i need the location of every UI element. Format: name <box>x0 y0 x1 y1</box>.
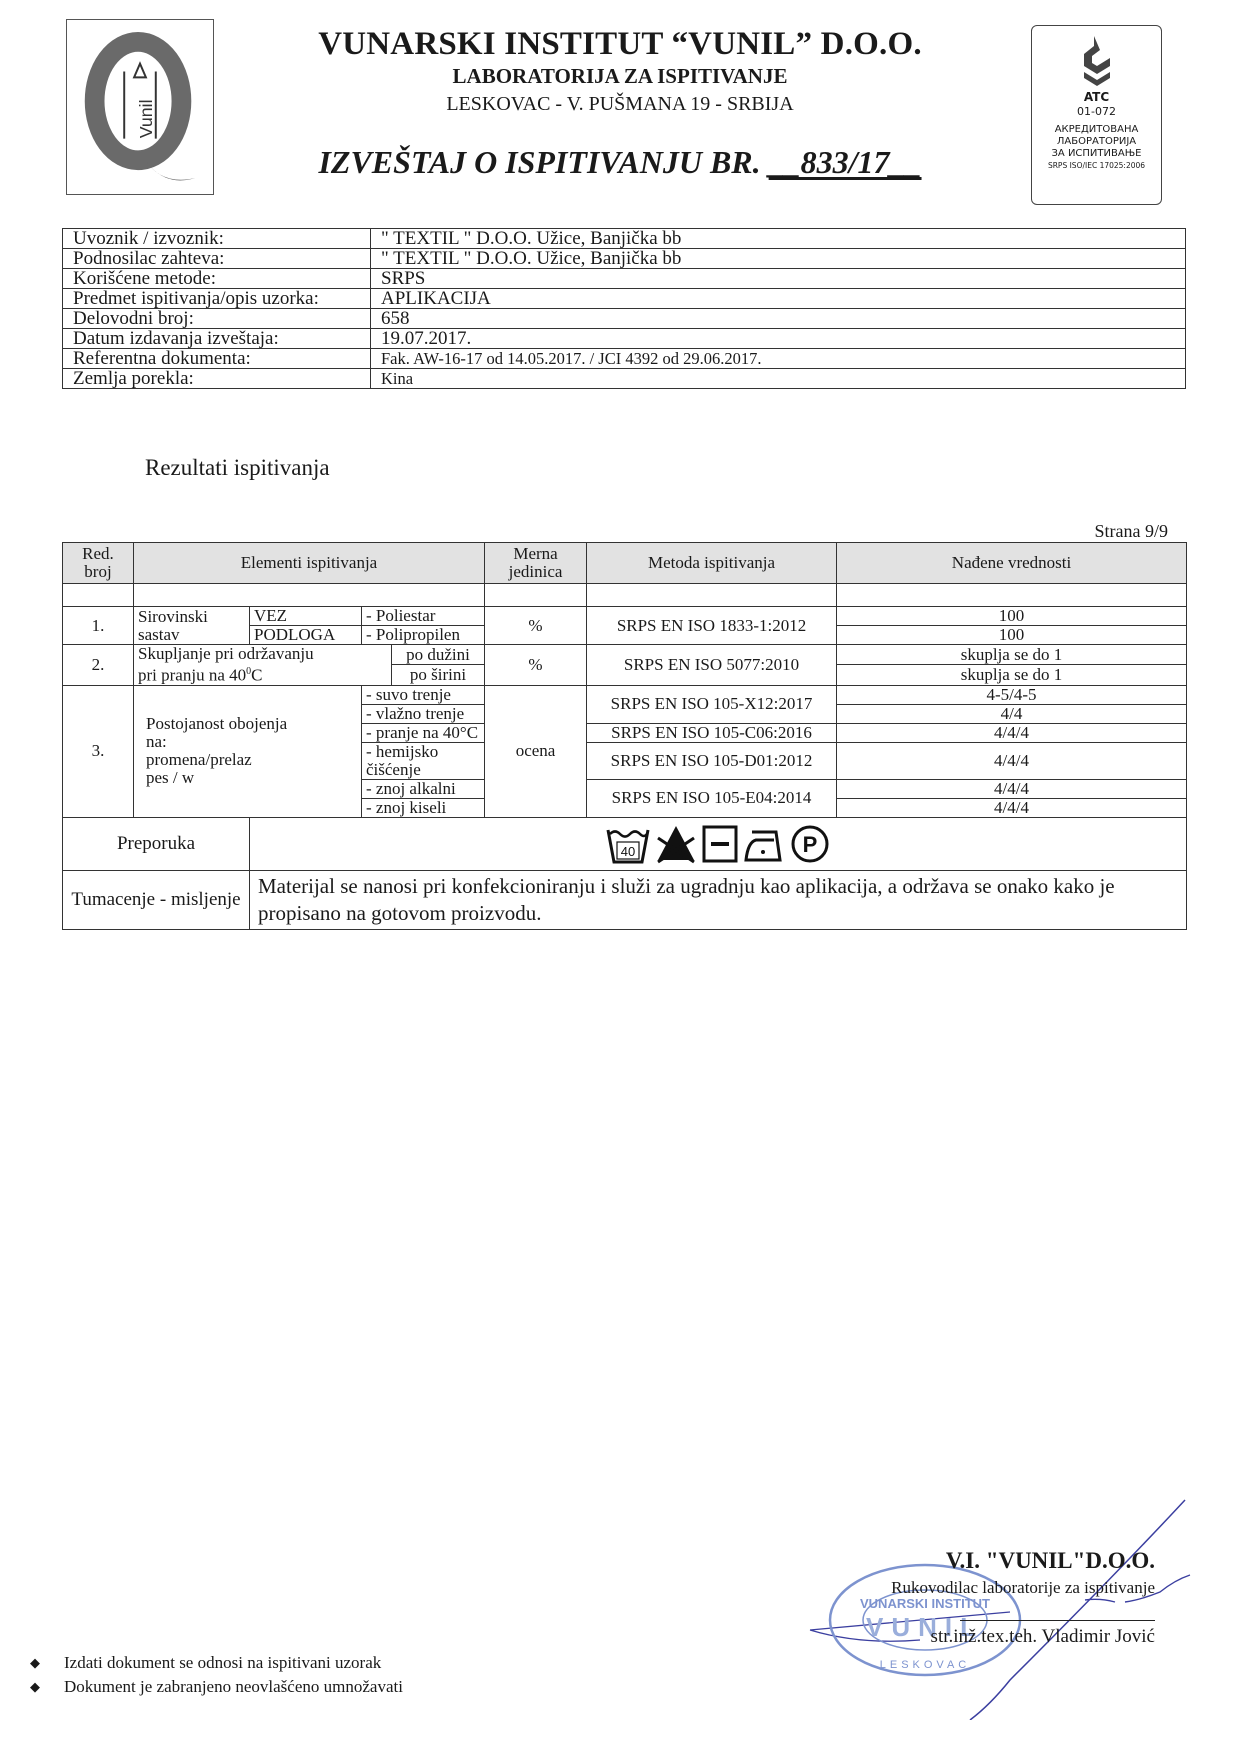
composition-label: Sirovinski sastav <box>134 607 250 645</box>
fastness-test: - znoj kiseli <box>362 798 485 817</box>
direction: po dužini <box>392 645 485 665</box>
opinion-label: Tumacenje - misljenje <box>63 870 250 929</box>
opinion-text: Materijal se nanosi pri konfekcioniranju… <box>250 870 1187 929</box>
signature-line <box>960 1620 1155 1621</box>
info-value: SRPS <box>371 269 1186 289</box>
opinion-row: Tumacenje - misljenje Materijal se nanos… <box>63 870 1187 929</box>
signature-role: Rukovodilac laboratorije za ispitivanje <box>891 1578 1155 1598</box>
found-value: 4/4 <box>837 704 1187 723</box>
svg-text:Vunil: Vunil <box>136 99 156 138</box>
info-row: Predmet ispitivanja/opis uzorka:APLIKACI… <box>63 289 1186 309</box>
dry-clean-p-icon: P <box>790 824 830 864</box>
shrinkage-label-line2: pri pranju na 400C <box>138 663 387 685</box>
method: SRPS EN ISO 5077:2010 <box>587 645 837 686</box>
atc-code: ATC <box>1032 90 1161 104</box>
page-number: Strana 9/9 <box>1095 521 1169 542</box>
info-value: 19.07.2017. <box>371 329 1186 349</box>
fastness-test: - pranje na 40°C <box>362 723 485 742</box>
info-value: Fak. AW-16-17 od 14.05.2017. / JCI 4392 … <box>371 349 1186 369</box>
atc-line1: АКРЕДИТОВАНА <box>1032 124 1161 136</box>
vunil-logo: Vunil <box>66 19 214 195</box>
care-symbols: 40 P <box>250 817 1187 870</box>
method: SRPS EN ISO 105-D01:2012 <box>587 742 837 779</box>
info-row: Korišćene metode:SRPS <box>63 269 1186 289</box>
info-row: Zemlja porekla:Kina <box>63 369 1186 389</box>
material-name: - Poliestar <box>362 607 485 626</box>
info-value: " TEXTIL " D.O.O. Užice, Banjička bb <box>371 229 1186 249</box>
found-value: 100 <box>837 626 1187 645</box>
institute-name: VUNARSKI INSTITUT “VUNIL” D.O.O. <box>230 26 1010 63</box>
info-label: Uvoznik / izvoznik: <box>63 229 371 249</box>
found-value: 100 <box>837 607 1187 626</box>
q-logo-icon: Vunil <box>67 20 213 194</box>
atc-line3: ЗА ИСПИТИВАЊЕ <box>1032 148 1161 160</box>
table-row: 3. Postojanost obojenja na: promena/prel… <box>63 685 1187 704</box>
report-number: __833/17__ <box>769 144 922 180</box>
atc-line2: ЛАБОРАТОРИЈА <box>1032 136 1161 148</box>
address: LESKOVAC - V. PUŠMANA 19 - SRBIJA <box>230 93 1010 116</box>
header-unit: Merna jedinica <box>485 543 587 584</box>
atc-chevron-icon <box>1080 36 1114 88</box>
found-value: 4/4/4 <box>837 779 1187 798</box>
spacer-row <box>63 584 1187 607</box>
diamond-bullet-icon: ◆ <box>30 1655 64 1671</box>
found-value: 4/4/4 <box>837 798 1187 817</box>
accreditation-badge: ATC 01-072 АКРЕДИТОВАНА ЛАБОРАТОРИЈА ЗА … <box>1031 25 1162 205</box>
recommendation-label: Preporuka <box>63 817 250 870</box>
laboratory-name: LABORATORIJA ZA ISPITIVANJE <box>230 64 1010 89</box>
method: SRPS EN ISO 105-E04:2014 <box>587 779 837 817</box>
info-label: Korišćene metode: <box>63 269 371 289</box>
info-value: Kina <box>371 369 1186 389</box>
sample-info-table: Uvoznik / izvoznik:" TEXTIL " D.O.O. Uži… <box>62 228 1186 389</box>
shrinkage-label-line1: Skupljanje pri održavanju <box>138 645 387 663</box>
recommendation-row: Preporuka 40 <box>63 817 1187 870</box>
fastness-test: - hemijsko čišćenje <box>362 742 485 779</box>
unit: % <box>485 645 587 686</box>
signatory-name: str.inž.tex.teh. Vladimir Jović <box>931 1626 1155 1648</box>
info-row: Podnosilac zahteva:" TEXTIL " D.O.O. Uži… <box>63 249 1186 269</box>
material-name: - Polipropilen <box>362 626 485 645</box>
svg-text:LESKOVAC: LESKOVAC <box>880 1659 971 1671</box>
header-values: Nađene vrednosti <box>837 543 1187 584</box>
atc-number: 01-072 <box>1032 105 1161 118</box>
no-bleach-icon <box>656 824 696 864</box>
info-value: " TEXTIL " D.O.O. Užice, Banjička bb <box>371 249 1186 269</box>
method: SRPS EN ISO 105-C06:2016 <box>587 723 837 742</box>
found-value: 4/4/4 <box>837 742 1187 779</box>
info-label: Podnosilac zahteva: <box>63 249 371 269</box>
info-label: Datum izdavanja izveštaja: <box>63 329 371 349</box>
iron-low-icon <box>744 824 784 864</box>
svg-text:VUNARSKI INSTITUT: VUNARSKI INSTITUT <box>860 1596 990 1611</box>
info-row: Referentna dokumenta:Fak. AW-16-17 od 14… <box>63 349 1186 369</box>
signature-company: V.I. "VUNIL"D.O.O. <box>946 1548 1155 1574</box>
row-number: 2. <box>63 645 134 686</box>
table-row: 2. Skupljanje pri održavanju pri pranju … <box>63 645 1187 665</box>
found-value: skuplja se do 1 <box>837 645 1187 665</box>
info-row: Uvoznik / izvoznik:" TEXTIL " D.O.O. Uži… <box>63 229 1186 249</box>
method: SRPS EN ISO 105-X12:2017 <box>587 685 837 723</box>
row-number: 1. <box>63 607 134 645</box>
fastness-test: - znoj alkalni <box>362 779 485 798</box>
found-value: skuplja se do 1 <box>837 665 1187 685</box>
header-no: Red. broj <box>63 543 134 584</box>
header-method: Metoda ispitivanja <box>587 543 837 584</box>
table-header: Red. broj Elementi ispitivanja Merna jed… <box>63 543 1187 584</box>
results-table: Red. broj Elementi ispitivanja Merna jed… <box>62 542 1187 930</box>
info-label: Zemlja porekla: <box>63 369 371 389</box>
fastness-test: - suvo trenje <box>362 685 485 704</box>
info-label: Referentna dokumenta: <box>63 349 371 369</box>
unit: ocena <box>485 685 587 817</box>
direction: po širini <box>392 665 485 685</box>
svg-text:40: 40 <box>621 844 635 859</box>
info-label: Predmet ispitivanja/opis uzorka: <box>63 289 371 309</box>
wash-40-icon: 40 <box>606 824 650 864</box>
diamond-bullet-icon: ◆ <box>30 1679 64 1695</box>
info-value: 658 <box>371 309 1186 329</box>
header-elements: Elementi ispitivanja <box>134 543 485 584</box>
info-row: Datum izdavanja izveštaja:19.07.2017. <box>63 329 1186 349</box>
dry-flat-icon <box>702 824 738 864</box>
info-row: Delovodni broj:658 <box>63 309 1186 329</box>
table-row: 1. Sirovinski sastav VEZ - Poliestar % S… <box>63 607 1187 626</box>
info-label: Delovodni broj: <box>63 309 371 329</box>
fastness-label: Postojanost obojenja na: promena/prelaz … <box>134 685 362 817</box>
found-value: 4-5/4-5 <box>837 685 1187 704</box>
method: SRPS EN ISO 1833-1:2012 <box>587 607 837 645</box>
footer-notes: ◆Izdati dokument se odnosi na ispitivani… <box>30 1651 403 1699</box>
shrinkage-label: Skupljanje pri održavanju pri pranju na … <box>134 645 392 686</box>
part-name: PODLOGA <box>250 626 362 645</box>
row-number: 3. <box>63 685 134 817</box>
report-title: IZVEŠTAJ O ISPITIVANJU BR. __833/17__ <box>230 144 1010 181</box>
fastness-test: - vlažno trenje <box>362 704 485 723</box>
results-heading: Rezultati ispitivanja <box>145 455 330 481</box>
footer-note: ◆Dokument je zabranjeno neovlašćeno umno… <box>30 1675 403 1699</box>
info-value: APLIKACIJA <box>371 289 1186 309</box>
svg-text:P: P <box>803 832 818 857</box>
atc-standard: SRPS ISO/IEC 17025:2006 <box>1032 161 1161 170</box>
unit: % <box>485 607 587 645</box>
report-prefix: IZVEŠTAJ O ISPITIVANJU BR. <box>318 144 760 180</box>
part-name: VEZ <box>250 607 362 626</box>
footer-note: ◆Izdati dokument se odnosi na ispitivani… <box>30 1651 403 1675</box>
found-value: 4/4/4 <box>837 723 1187 742</box>
